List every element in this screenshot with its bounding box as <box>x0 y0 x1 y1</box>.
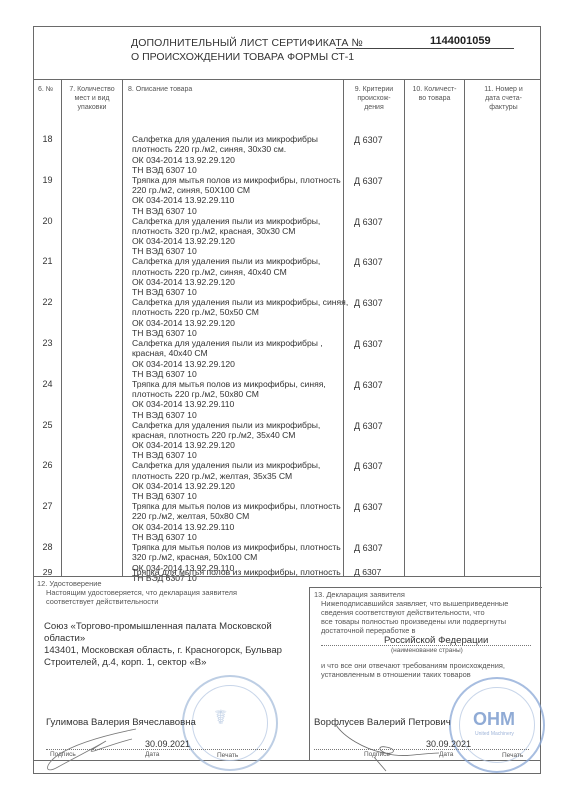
country-caption: (наименование страны) <box>391 647 463 654</box>
partial-row-description: Тряпка для мытья полов из микрофибры, пл… <box>132 567 341 577</box>
declaration-text: Нижеподписавшийся заявляет, что вышеприв… <box>321 599 508 635</box>
row-number: 19 <box>34 175 61 185</box>
row-origin-criterion: Д 6307 <box>354 502 383 512</box>
row-number: 22 <box>34 297 61 307</box>
column-header-number: 6. № <box>38 85 60 94</box>
row-origin-criterion: Д 6307 <box>354 135 383 145</box>
company-seal-logo: ОНМ <box>473 709 515 730</box>
company-seal: ОНМ United Machinery <box>449 677 545 773</box>
row-description: Салфетка для удаления пыли из микрофибры… <box>132 338 323 379</box>
column-header-origin-criteria: 9. Критерии происхож- дения <box>345 85 403 112</box>
row-description: Салфетка для удаления пыли из микрофибры… <box>132 460 320 501</box>
declaration-seal-label: Печать <box>502 752 523 759</box>
row-number: 23 <box>34 338 61 348</box>
row-number: 20 <box>34 216 61 226</box>
certification-signature <box>36 717 146 777</box>
column-header-quantity: 10. Количест- во товара <box>406 85 463 103</box>
certification-seal-label: Печать <box>217 752 238 759</box>
certification-label: 12. Удостоверение <box>37 579 101 588</box>
row-origin-criterion: Д 6307 <box>354 257 383 267</box>
title-line-1: ДОПОЛНИТЕЛЬНЫЙ ЛИСТ СЕРТИФИКАТА № <box>131 37 363 49</box>
row-origin-criterion: Д 6307 <box>354 217 383 227</box>
organization-address: 143401, Московская область, г. Красногор… <box>44 645 282 669</box>
column-header-invoice: 11. Номер и дата счета- фактуры <box>466 85 541 112</box>
partial-row-number: 29 <box>34 567 61 577</box>
row-origin-criterion: Д 6307 <box>354 380 383 390</box>
signatures-section: 29 Тряпка для мытья полов из микрофибры,… <box>34 576 540 776</box>
column-divider <box>404 79 405 576</box>
row-origin-criterion: Д 6307 <box>354 298 383 308</box>
column-divider <box>464 79 465 576</box>
certification-date-label: Дата <box>145 751 159 758</box>
row-description: Салфетка для удаления пыли из микрофибры… <box>132 297 348 338</box>
column-divider <box>122 79 123 576</box>
partial-row-criterion: Д 6307 <box>354 567 381 577</box>
row-number: 27 <box>34 501 61 511</box>
section-divider <box>309 587 310 760</box>
row-description: Салфетка для удаления пыли из микрофибры… <box>132 134 318 175</box>
certification-text: Настоящим удостоверяется, что декларация… <box>46 588 237 606</box>
goods-table: 6. № 7. Количество мест и вид упаковки 8… <box>34 79 540 576</box>
certificate-number-underline <box>336 48 514 49</box>
row-description: Тряпка для мытья полов из микрофибры, пл… <box>132 501 341 542</box>
row-origin-criterion: Д 6307 <box>354 421 383 431</box>
row-number: 28 <box>34 542 61 552</box>
row-description: Тряпка для мытья полов из микрофибры, си… <box>132 379 326 420</box>
row-origin-criterion: Д 6307 <box>354 339 383 349</box>
row-description: Тряпка для мытья полов из микрофибры, пл… <box>132 175 341 216</box>
row-origin-criterion: Д 6307 <box>354 461 383 471</box>
row-number: 26 <box>34 460 61 470</box>
row-origin-criterion: Д 6307 <box>354 543 383 553</box>
caduceus-icon: ☤ <box>214 705 227 730</box>
row-number: 21 <box>34 256 61 266</box>
row-number: 24 <box>34 379 61 389</box>
declaration-signature <box>334 723 444 773</box>
section-divider-top <box>309 587 542 588</box>
company-seal-subtitle: United Machinery <box>475 731 514 737</box>
certifying-organization: Союз «Торгово-промышленная палата Москов… <box>44 621 272 645</box>
row-description: Салфетка для удаления пыли из микрофибры… <box>132 420 320 461</box>
column-divider <box>61 79 62 576</box>
column-header-description: 8. Описание товара <box>128 85 328 94</box>
certification-date: 30.09.2021 <box>145 739 190 749</box>
certificate-sheet: ДОПОЛНИТЕЛЬНЫЙ ЛИСТ СЕРТИФИКАТА № О ПРОИ… <box>33 26 541 774</box>
row-description: Салфетка для удаления пыли из микрофибры… <box>132 256 320 297</box>
declaration-text-2: и что все они отвечают требованиям проис… <box>321 661 505 679</box>
column-header-packages: 7. Количество мест и вид упаковки <box>64 85 120 112</box>
declaration-label: 13. Декларация заявителя <box>314 590 405 599</box>
title-line-2: О ПРОИСХОЖДЕНИИ ТОВАРА ФОРМЫ СТ-1 <box>131 51 354 63</box>
row-description: Салфетка для удаления пыли из микрофибры… <box>132 216 320 257</box>
row-number: 25 <box>34 420 61 430</box>
document-header: ДОПОЛНИТЕЛЬНЫЙ ЛИСТ СЕРТИФИКАТА № О ПРОИ… <box>34 27 540 80</box>
certificate-number: 1144001059 <box>430 35 491 47</box>
declaration-country: Российской Федерации <box>384 635 488 647</box>
row-origin-criterion: Д 6307 <box>354 176 383 186</box>
row-number: 18 <box>34 134 61 144</box>
